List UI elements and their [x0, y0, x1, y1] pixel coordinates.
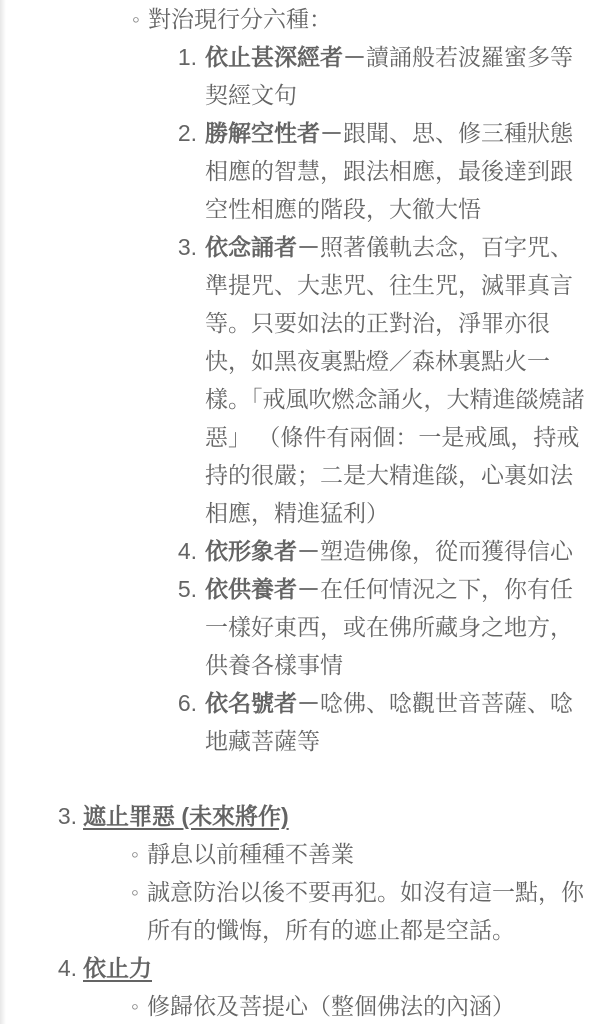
section-4-heading: 4. 依止力	[0, 949, 595, 987]
section-title-wrap: 依止力	[83, 949, 595, 987]
list-number: 5.	[0, 570, 205, 608]
list-item-antidote-2: 2. 勝解空性者－跟聞、思、修三種狀態相應的智慧，跟法相應，最後達到跟空性相應的…	[0, 114, 595, 228]
list-number: 4.	[0, 532, 205, 570]
antidote-intro-text: 對治現行分六種：	[148, 0, 595, 38]
section-3-bullet-2: ◦ 誠意防治以後不要再犯。如沒有這一點，你所有的懺悔，所有的遮止都是空話。	[0, 873, 595, 949]
list-number: 6.	[0, 684, 205, 722]
section-number: 3.	[0, 797, 83, 835]
section-4-bullet-1: ◦ 修歸依及菩提心（整個佛法的內涵）	[0, 987, 595, 1024]
section-3-bullet-1: ◦ 靜息以前種種不善業	[0, 835, 595, 873]
bullet-text: 靜息以前種種不善業	[147, 835, 595, 873]
list-item-antidote-6: 6. 依名號者－唸佛、唸觀世音菩薩、唸地藏菩薩等	[0, 684, 595, 760]
antidote-term: 依名號者－	[205, 690, 320, 716]
antidote-text: 依供養者－在任何情況之下，你有任一樣好東西，或在佛所藏身之地方，供養各樣事情	[205, 570, 595, 684]
antidote-term: 依形象者－	[205, 538, 320, 564]
list-number: 1.	[0, 38, 205, 76]
hollow-bullet-icon: ◦	[0, 873, 147, 911]
list-item-antidote-5: 5. 依供養者－在任何情況之下，你有任一樣好東西，或在佛所藏身之地方，供養各樣事…	[0, 570, 595, 684]
hollow-bullet-icon: ◦	[0, 987, 147, 1024]
antidote-term: 依止甚深經者－	[205, 44, 366, 70]
list-number: 2.	[0, 114, 205, 152]
hollow-bullet-icon: ◦	[0, 0, 148, 38]
antidote-text: 依止甚深經者－讀誦般若波羅蜜多等契經文句	[205, 38, 595, 114]
antidote-text: 依形象者－塑造佛像，從而獲得信心	[205, 532, 595, 570]
bullet-text: 修歸依及菩提心（整個佛法的內涵）	[147, 987, 595, 1024]
antidote-term: 勝解空性者－	[205, 120, 343, 146]
antidote-term: 依念誦者－	[205, 234, 320, 260]
antidote-text: 依念誦者－照著儀軌去念，百字咒、準提咒、大悲咒、往生咒，滅罪真言等。只要如法的正…	[205, 228, 595, 532]
section-3-title: 遮止罪惡 (未來將作)	[83, 803, 289, 829]
hollow-bullet-icon: ◦	[0, 835, 147, 873]
antidote-desc: 塑造佛像，從而獲得信心	[320, 538, 573, 564]
list-item-antidote-intro: ◦ 對治現行分六種：	[0, 0, 595, 38]
list-item-antidote-3: 3. 依念誦者－照著儀軌去念，百字咒、準提咒、大悲咒、往生咒，滅罪真言等。只要如…	[0, 228, 595, 532]
document-content: ◦ 對治現行分六種： 1. 依止甚深經者－讀誦般若波羅蜜多等契經文句 2. 勝解…	[0, 0, 603, 1024]
antidote-term: 依供養者－	[205, 576, 320, 602]
section-4-title: 依止力	[83, 955, 152, 981]
list-number: 3.	[0, 228, 205, 266]
antidote-text: 勝解空性者－跟聞、思、修三種狀態相應的智慧，跟法相應，最後達到跟空性相應的階段，…	[205, 114, 595, 228]
section-number: 4.	[0, 949, 83, 987]
antidote-desc: 照著儀軌去念，百字咒、準提咒、大悲咒、往生咒，滅罪真言等。只要如法的正對治，淨罪…	[205, 234, 585, 526]
bullet-text: 誠意防治以後不要再犯。如沒有這一點，你所有的懺悔，所有的遮止都是空話。	[147, 873, 595, 949]
list-item-antidote-4: 4. 依形象者－塑造佛像，從而獲得信心	[0, 532, 595, 570]
antidote-text: 依名號者－唸佛、唸觀世音菩薩、唸地藏菩薩等	[205, 684, 595, 760]
section-title-wrap: 遮止罪惡 (未來將作)	[83, 797, 595, 835]
list-item-antidote-1: 1. 依止甚深經者－讀誦般若波羅蜜多等契經文句	[0, 38, 595, 114]
section-3-heading: 3. 遮止罪惡 (未來將作)	[0, 797, 595, 835]
